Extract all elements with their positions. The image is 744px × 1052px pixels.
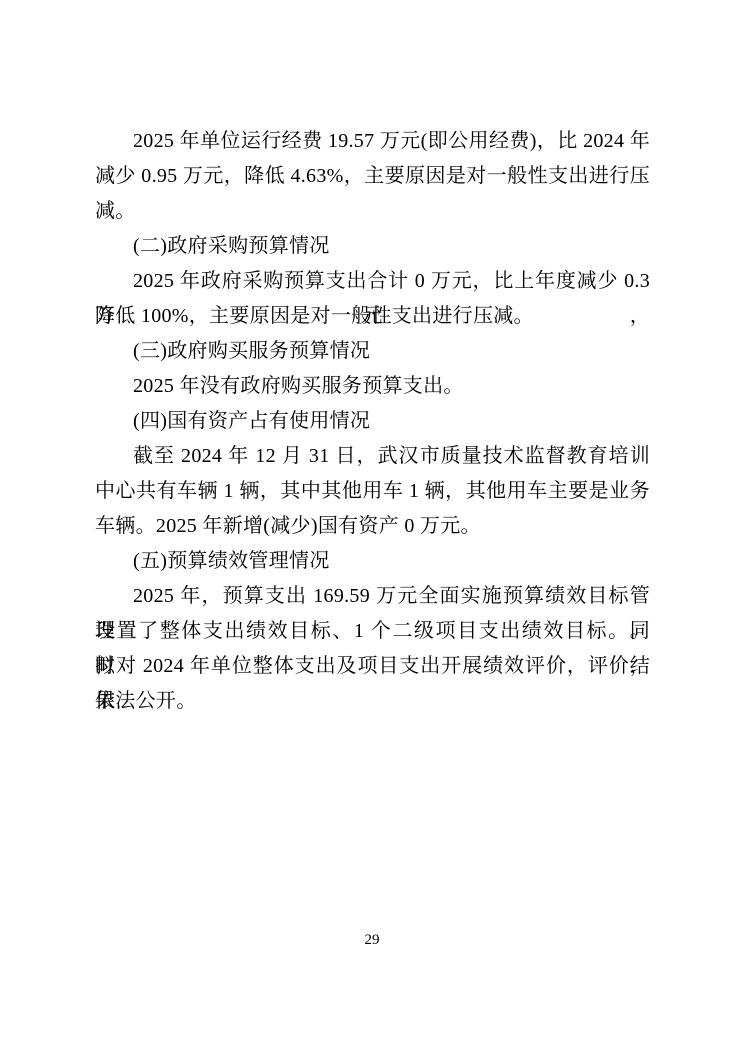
document-body: 2025 年单位运行经费 19.57 万元(即公用经费)，比 2024 年 减少… [95,124,650,719]
paragraph-line: 2025 年单位运行经费 19.57 万元(即公用经费)，比 2024 年 [95,124,650,159]
paragraph-line: 2025 年没有政府购买服务预算支出。 [95,369,650,404]
paragraph-line: 2025 年，预算支出 169.59 万元全面实施预算绩效目标管理。 [95,579,650,614]
paragraph-line: 依法公开。 [95,684,650,719]
page-number: 29 [0,931,744,949]
paragraph-line: 减。 [95,194,650,229]
section-heading: (五)预算绩效管理情况 [95,544,650,579]
paragraph-line: 拟对 2024 年单位整体支出及项目支出开展绩效评价，评价结果 [95,649,650,684]
section-heading: (四)国有资产占有使用情况 [95,404,650,439]
paragraph-line: 设置了整体支出绩效目标、1 个二级项目支出绩效目标。同时， [95,614,650,649]
paragraph-line: 截至 2024 年 12 月 31 日，武汉市质量技术监督教育培训 [95,439,650,474]
section-heading: (二)政府采购预算情况 [95,229,650,264]
paragraph-line: 车辆。2025 年新增(减少)国有资产 0 万元。 [95,509,650,544]
section-heading: (三)政府购买服务预算情况 [95,334,650,369]
paragraph-line: 2025 年政府采购预算支出合计 0 万元，比上年度减少 0.3 万元， [95,264,650,299]
document-page: 2025 年单位运行经费 19.57 万元(即公用经费)，比 2024 年 减少… [0,0,744,1052]
paragraph-line: 减少 0.95 万元，降低 4.63%，主要原因是对一般性支出进行压 [95,159,650,194]
paragraph-line: 中心共有车辆 1 辆，其中其他用车 1 辆，其他用车主要是业务 [95,474,650,509]
